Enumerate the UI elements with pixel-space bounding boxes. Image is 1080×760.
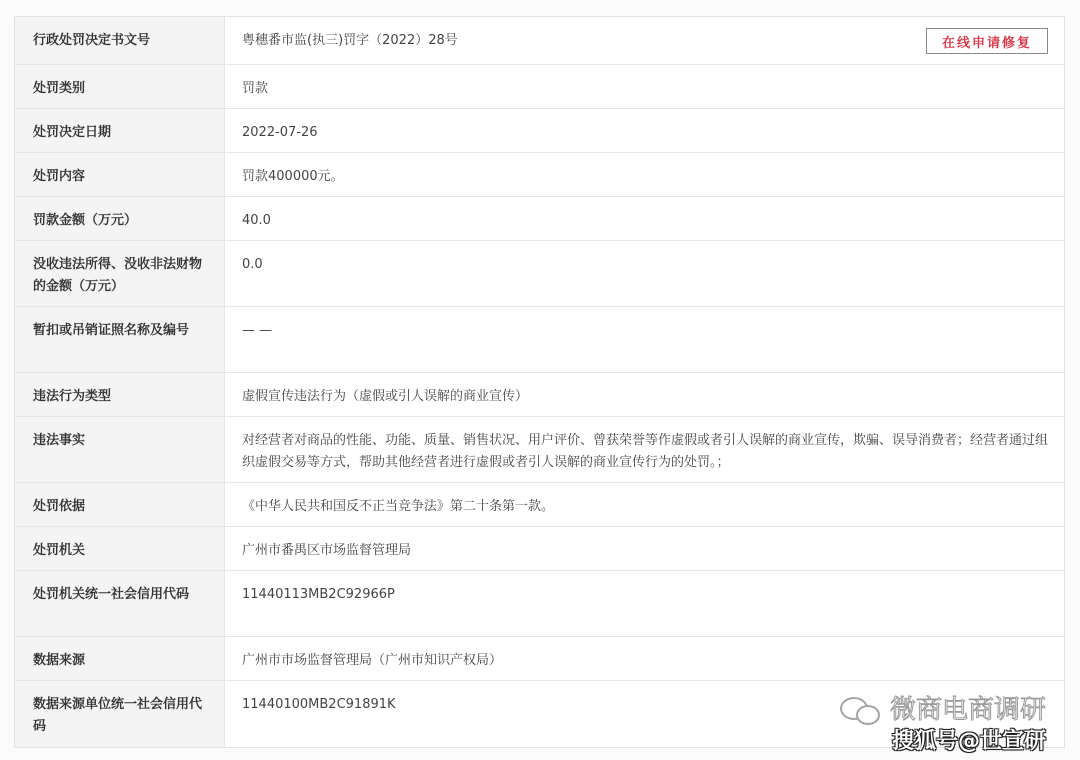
field-value: 2022-07-26 [225,109,1064,152]
field-value: 40.0 [225,197,1064,240]
field-value: 11440113MB2C92966P [225,571,1064,636]
table-row: 违法事实对经营者对商品的性能、功能、质量、销售状况、用户评价、曾获荣誉等作虚假或… [15,417,1064,483]
source-credit: 微商电商调研 搜狐号@世宣研 [840,694,1046,756]
field-label: 处罚类别 [15,65,225,108]
field-label: 处罚机关统一社会信用代码 [15,571,225,636]
field-value: 《中华人民共和国反不正当竞争法》第二十条第一款。 [225,483,1064,526]
table-row: 罚款金额（万元）40.0 [15,197,1064,241]
sohu-account-credit: 搜狐号@世宣研 [840,728,1046,756]
table-row: 处罚依据《中华人民共和国反不正当竞争法》第二十条第一款。 [15,483,1064,527]
table-row: 违法行为类型虚假宣传违法行为（虚假或引人误解的商业宣传） [15,373,1064,417]
table-row: 处罚类别罚款 [15,65,1064,109]
wechat-account-credit: 微商电商调研 [840,694,1046,726]
field-value: 罚款400000元。 [225,153,1064,196]
field-label: 处罚机关 [15,527,225,570]
field-label: 暂扣或吊销证照名称及编号 [15,307,225,372]
field-value: 对经营者对商品的性能、功能、质量、销售状况、用户评价、曾获荣誉等作虚假或者引人误… [225,417,1064,482]
field-label: 数据来源 [15,637,225,680]
table-row: 行政处罚决定书文号粤穗番市监(执三)罚字（2022）28号在线申请修复 [15,17,1064,65]
field-label: 违法事实 [15,417,225,482]
table-row: 处罚内容罚款400000元。 [15,153,1064,197]
field-label: 没收违法所得、没收非法财物的金额（万元） [15,241,225,306]
field-value: 广州市番禺区市场监督管理局 [225,527,1064,570]
field-label: 罚款金额（万元） [15,197,225,240]
field-label: 数据来源单位统一社会信用代码 [15,681,225,747]
table-row: 数据来源广州市市场监督管理局（广州市知识产权局） [15,637,1064,681]
wechat-icon [840,697,882,723]
field-label: 处罚依据 [15,483,225,526]
table-row: 没收违法所得、没收非法财物的金额（万元）0.0 [15,241,1064,307]
field-label: 处罚决定日期 [15,109,225,152]
field-label: 处罚内容 [15,153,225,196]
table-row: 暂扣或吊销证照名称及编号— — [15,307,1064,373]
field-label: 行政处罚决定书文号 [15,17,225,64]
field-value: 虚假宣传违法行为（虚假或引人误解的商业宣传） [225,373,1064,416]
table-row: 处罚决定日期2022-07-26 [15,109,1064,153]
penalty-details-table: 行政处罚决定书文号粤穗番市监(执三)罚字（2022）28号在线申请修复处罚类别罚… [14,16,1065,748]
field-value: 罚款 [225,65,1064,108]
table-row: 处罚机关广州市番禺区市场监督管理局 [15,527,1064,571]
field-value: — — [225,307,1064,372]
wechat-account-name: 微商电商调研 [890,694,1046,726]
field-value: 广州市市场监督管理局（广州市知识产权局） [225,637,1064,680]
field-label: 违法行为类型 [15,373,225,416]
field-value: 0.0 [225,241,1064,306]
apply-repair-online-button[interactable]: 在线申请修复 [926,28,1048,54]
document-page: 信用中国 信用中国 信用中国 信用中国 信用中国 行政处罚决定书文号粤穗番市监(… [0,0,1080,760]
table-row: 处罚机关统一社会信用代码11440113MB2C92966P [15,571,1064,637]
